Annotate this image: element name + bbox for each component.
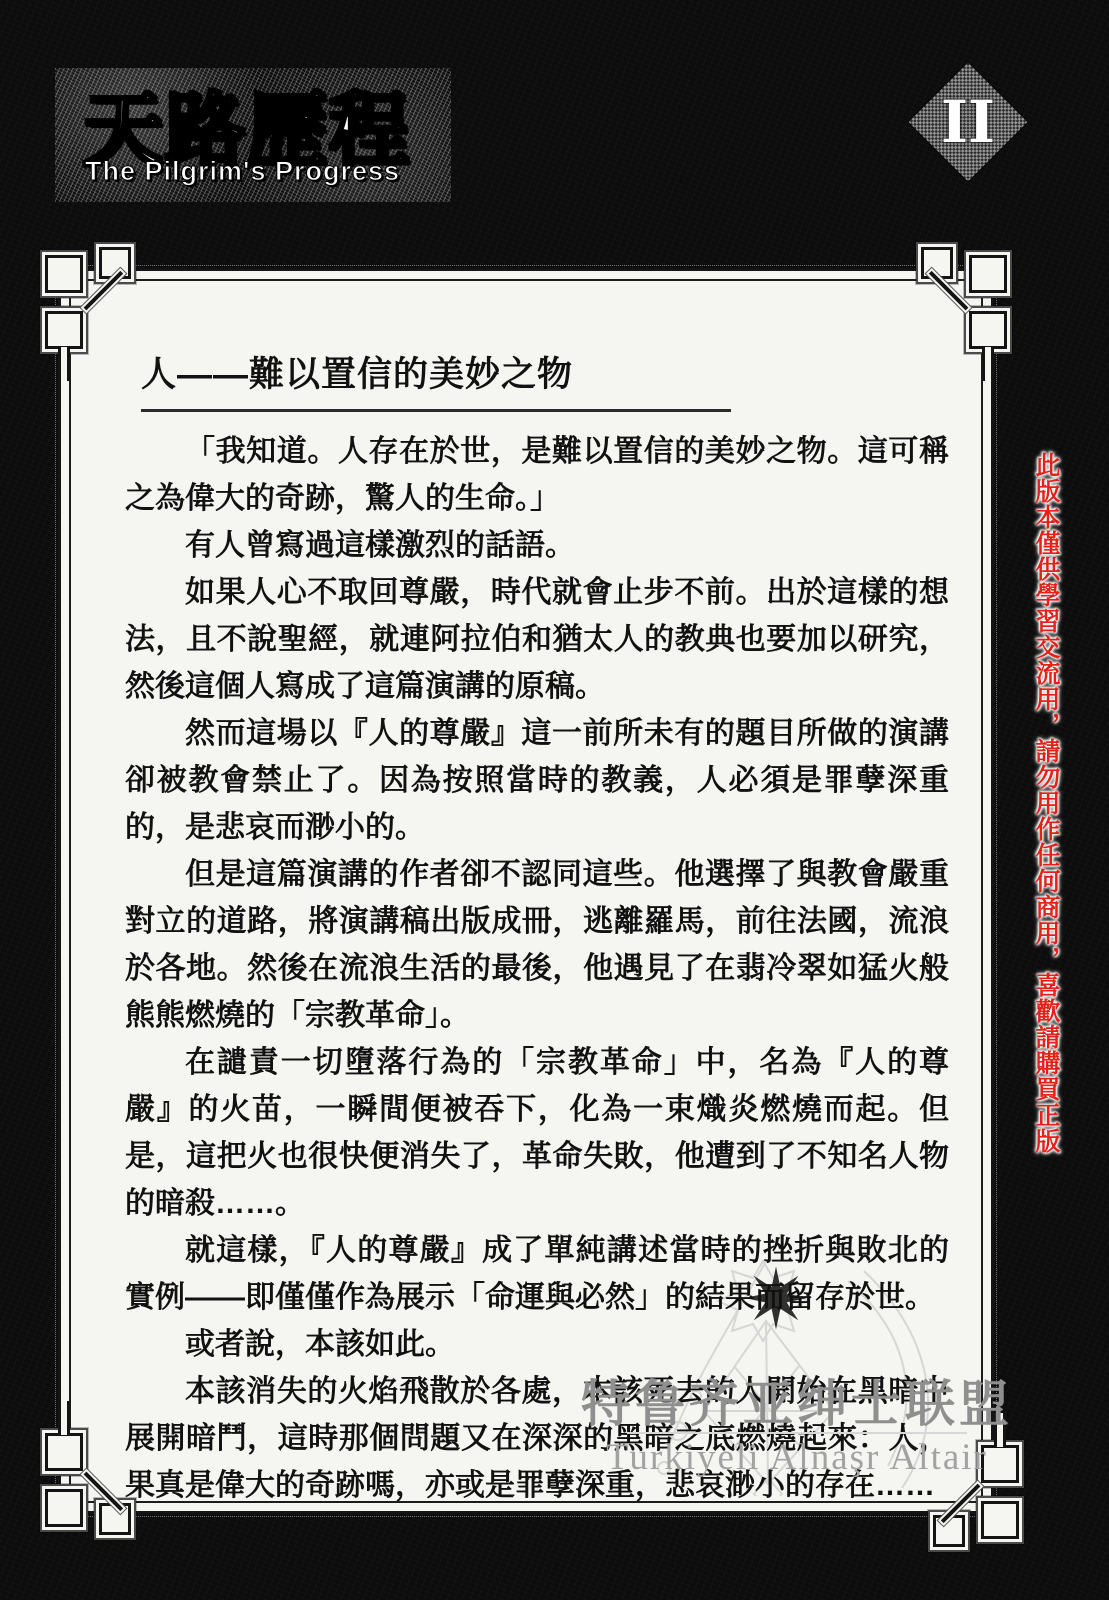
article-heading: 人——難以置信的美妙之物 <box>141 347 731 412</box>
anti-piracy-notice: 此版本僅供學習交流用，請勿用作任何商用，喜歡請購買正版 <box>1028 452 1064 1192</box>
paragraph: 或者說，本該如此。 <box>125 1321 949 1368</box>
paragraph: 但是這篇演講的作者卻不認同這些。他選擇了與教會嚴重對立的道路，將演講稿出版成冊，… <box>125 851 949 1039</box>
series-logo: 天路歷程 The Pilgrim's Progress <box>55 68 451 202</box>
paragraph: 「我知道。人存在於世，是難以置信的美妙之物。這可稱之為偉大的奇跡，驚人的生命。」 <box>125 428 949 522</box>
series-title-en: The Pilgrim's Progress <box>85 156 400 187</box>
paragraph: 就這樣，『人的尊嚴』成了單純講述當時的挫折與敗北的實例——即僅僅作為展示「命運與… <box>125 1227 949 1321</box>
paragraph: 如果人心不取回尊嚴，時代就會止步不前。出於這樣的想法，且不說聖經，就連阿拉伯和猶… <box>125 569 949 710</box>
scanned-page: { "page": { "background": "#0c0c0c", "pa… <box>0 0 1109 1600</box>
paragraph: 本該消失的火焰飛散於各處，本該死去的人開始在黑暗中展開暗鬥，這時那個問題又在深深… <box>125 1368 949 1509</box>
article: 人——難以置信的美妙之物 「我知道。人存在於世，是難以置信的美妙之物。這可稱之為… <box>125 347 949 1509</box>
paragraph: 然而這場以『人的尊嚴』這一前所未有的題目所做的演講卻被教會禁止了。因為按照當時的… <box>125 710 949 851</box>
chapter-badge: II <box>926 80 1010 164</box>
chapter-number: II <box>926 80 1010 164</box>
article-body: 「我知道。人存在於世，是難以置信的美妙之物。這可稱之為偉大的奇跡，驚人的生命。」… <box>125 428 949 1509</box>
paragraph: 在譴責一切墮落行為的「宗教革命」中，名為『人的尊嚴』的火苗，一瞬間便被吞下，化為… <box>125 1039 949 1227</box>
paragraph: 有人曾寫過這樣激烈的話語。 <box>125 522 949 569</box>
page-frame: 人——難以置信的美妙之物 「我知道。人存在於世，是難以置信的美妙之物。這可稱之為… <box>58 268 994 1514</box>
